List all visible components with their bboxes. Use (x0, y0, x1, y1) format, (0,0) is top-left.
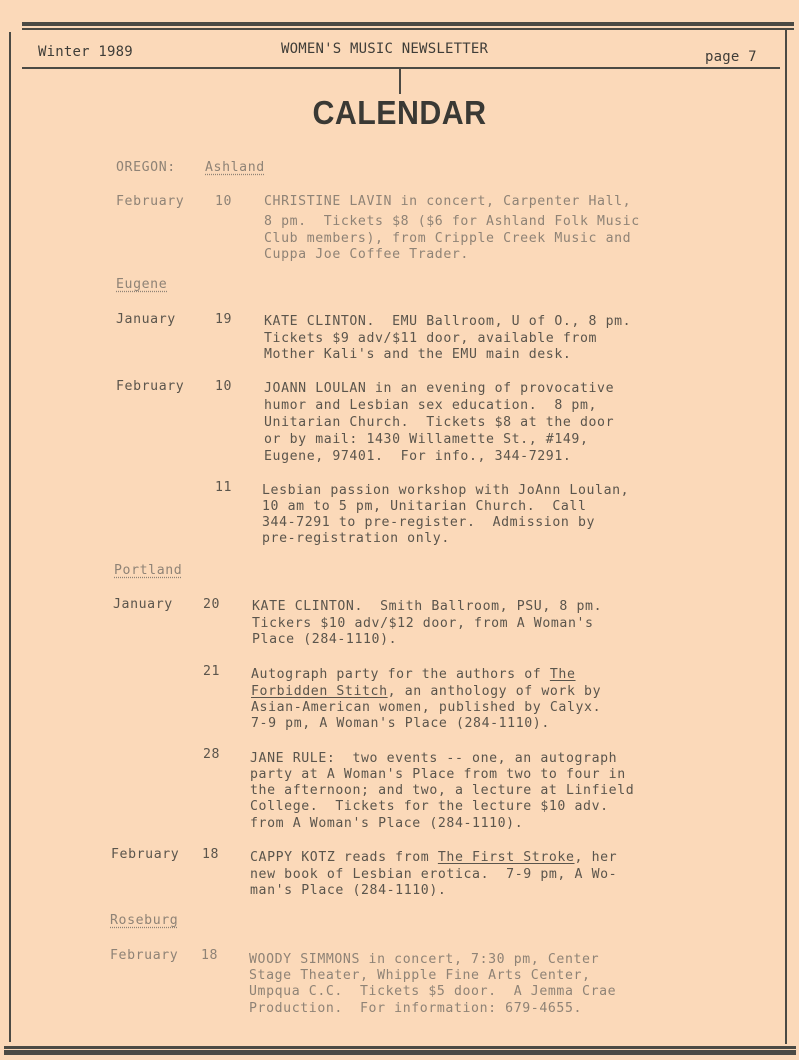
location-heading: Eugene (116, 276, 167, 293)
event-line: Tickets $9 adv/$11 door, available from (264, 330, 597, 347)
event-line: Lesbian passion workshop with JoAnn Loul… (262, 482, 629, 499)
issue-label: Winter 1989 (38, 44, 133, 60)
event-day: 11 (215, 479, 232, 496)
location-heading: Portland (114, 562, 182, 579)
event-day: 10 (215, 378, 232, 395)
event-month: January (113, 596, 173, 613)
event-line: JANE RULE: two events -- one, an autogra… (250, 750, 617, 767)
left-border-rule (9, 32, 11, 1042)
event-month: February (116, 193, 184, 210)
book-title: The First Stroke (438, 850, 575, 865)
event-line: Forbidden Stitch, an anthology of work b… (251, 683, 601, 700)
event-line: College. Tickets for the lecture $10 adv… (250, 798, 609, 815)
event-day: 18 (202, 846, 219, 863)
top-border-rule-thin (22, 28, 794, 30)
event-day: 28 (203, 746, 220, 763)
event-month: February (116, 378, 184, 395)
event-line: humor and Lesbian sex education. 8 pm, (264, 397, 597, 414)
event-month: February (111, 846, 179, 863)
event-line: Mother Kali's and the EMU main desk. (264, 346, 571, 363)
event-line: 7-9 pm, A Woman's Place (284-1110). (251, 715, 550, 732)
event-line: 8 pm. Tickets $8 ($6 for Ashland Folk Mu… (264, 213, 640, 230)
event-line: man's Place (284-1110). (250, 882, 446, 899)
event-line: CHRISTINE LAVIN in concert, Carpenter Ha… (264, 193, 631, 210)
page-title: CALENDAR (32, 94, 767, 132)
event-line: KATE CLINTON. EMU Ballroom, U of O., 8 p… (264, 313, 631, 330)
event-line: Place (284-1110). (252, 631, 397, 648)
top-border-rule (22, 22, 794, 26)
event-line: Asian-American women, published by Calyx… (251, 699, 601, 716)
event-line: JOANN LOULAN in an evening of provocativ… (264, 380, 614, 397)
event-line: CAPPY KOTZ reads from The First Stroke, … (250, 849, 617, 866)
publication-name: WOMEN'S MUSIC NEWSLETTER (281, 41, 488, 57)
event-line: 10 am to 5 pm, Unitarian Church. Call (262, 498, 587, 515)
event-day: 18 (201, 947, 218, 964)
event-line: Production. For information: 679-4655. (249, 1000, 582, 1017)
event-line: Umpqua C.C. Tickets $5 door. A Jemma Cra… (249, 983, 616, 1000)
event-line: WOODY SIMMONS in concert, 7:30 pm, Cente… (249, 951, 599, 968)
event-day: 21 (203, 663, 220, 680)
book-title: The (550, 667, 576, 682)
right-border-rule (785, 28, 787, 1044)
event-line: new book of Lesbian erotica. 7-9 pm, A W… (250, 866, 617, 883)
event-line: Stage Theater, Whipple Fine Arts Center, (249, 967, 591, 984)
event-line: or by mail: 1430 Willamette St., #149, (264, 431, 589, 448)
event-line: pre-registration only. (262, 530, 450, 547)
event-day: 19 (215, 311, 232, 328)
event-month: February (110, 947, 178, 964)
event-day: 10 (215, 193, 232, 210)
state-label: OREGON: (116, 159, 176, 176)
event-month: January (116, 311, 176, 328)
location-heading: Ashland (205, 159, 265, 176)
event-line: Club members), from Cripple Creek Music … (264, 230, 631, 247)
event-line: Autograph party for the authors of The (251, 666, 576, 683)
event-line: the afternoon; and two, a lecture at Lin… (250, 782, 634, 799)
event-line: KATE CLINTON. Smith Ballroom, PSU, 8 pm. (252, 598, 602, 615)
page-number: page 7 (705, 49, 757, 65)
event-line: from A Woman's Place (284-1110). (250, 815, 523, 832)
bottom-border-rule-thin (4, 1046, 796, 1049)
event-line: Cuppa Joe Coffee Trader. (264, 246, 469, 263)
location-heading: Roseburg (110, 912, 178, 929)
event-line: Tickers $10 adv/$12 door, from A Woman's (252, 615, 594, 632)
center-tick-mark (399, 68, 401, 94)
book-title: Forbidden Stitch (251, 684, 388, 699)
event-line: Eugene, 97401. For info., 344-7291. (264, 448, 571, 465)
header-divider (22, 67, 780, 69)
bottom-border-rule (4, 1050, 796, 1055)
event-day: 20 (203, 596, 220, 613)
event-line: Unitarian Church. Tickets $8 at the door (264, 414, 614, 431)
event-line: 344-7291 to pre-register. Admission by (262, 514, 595, 531)
event-line: party at A Woman's Place from two to fou… (250, 766, 626, 783)
